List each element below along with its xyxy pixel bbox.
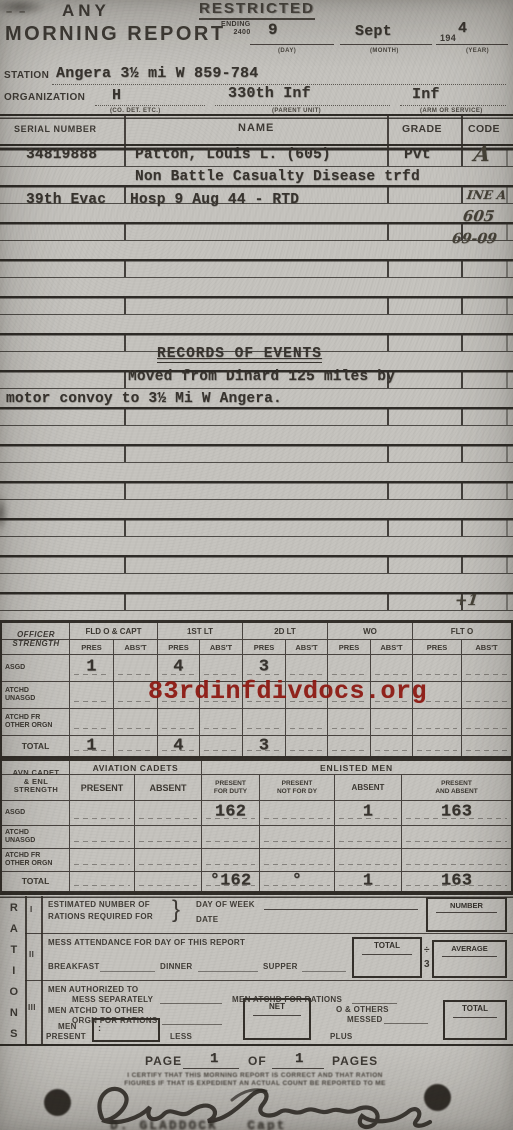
month-value: Sept <box>355 23 392 40</box>
rations-total-box: TOTAL <box>443 1000 507 1040</box>
plus-label: PLUS <box>330 1032 353 1041</box>
roster-serial-3: 39th Evac <box>26 192 106 208</box>
restricted-stamp: RESTRICTED <box>199 0 315 20</box>
records-of-events-title: RECORDS OF EVENTS <box>157 346 322 363</box>
row-label: TOTAL <box>2 872 70 893</box>
ruled-lines <box>0 148 513 622</box>
strength-value-cell <box>200 736 243 758</box>
year-value: 4 <box>458 20 467 37</box>
rule-line <box>0 1044 513 1046</box>
scan-smudge <box>0 494 8 532</box>
strength-value-cell <box>462 709 511 736</box>
strength-value-cell: °162 <box>202 872 260 893</box>
divide-by: 3 <box>424 959 430 970</box>
sub-header: PRESENT FOR DUTY <box>202 775 260 801</box>
rations-total-label: TOTAL <box>445 1004 505 1013</box>
strength-value: 1 <box>86 736 96 755</box>
col-header-grade: GRADE <box>402 123 442 135</box>
strength-value-cell: 162 <box>202 801 260 826</box>
strength-value-cell <box>135 801 202 826</box>
rule-line <box>198 971 258 972</box>
rule-line <box>400 105 506 106</box>
roster-serial-1: 34819888 <box>26 147 97 163</box>
rations-numeral-1: I <box>30 905 33 914</box>
strength-value-cell <box>335 826 402 849</box>
strength-value-cell <box>371 709 413 736</box>
strength-value-cell <box>70 849 135 872</box>
punch-hole-left <box>44 1089 71 1116</box>
sub-header: PRES <box>413 640 462 655</box>
colon-mark: : <box>98 1023 101 1033</box>
punch-hole-right <box>424 1084 451 1111</box>
men-label: MEN <box>58 1022 77 1031</box>
group-header: 2D LT <box>243 623 328 640</box>
organization-label: ORGANIZATION <box>4 92 85 103</box>
strength-value: °162 <box>210 872 252 891</box>
estimated-rations-label-2: RATIONS REQUIRED FOR <box>48 912 153 921</box>
rule-line <box>124 114 126 148</box>
strength-value-cell <box>70 826 135 849</box>
row-label: ASGD <box>2 655 70 682</box>
row-label: ATCHD UNASGD <box>2 682 70 709</box>
day-sub-label: (DAY) <box>278 48 296 54</box>
rule-line <box>461 114 463 148</box>
rule-line <box>95 105 205 106</box>
strength-value-cell: 1 <box>70 736 114 758</box>
divide-sign: ÷ <box>424 945 430 956</box>
present-label: PRESENT <box>46 1032 86 1041</box>
strength-value-cell <box>70 709 114 736</box>
scan-smudge <box>0 0 48 16</box>
rule-line <box>264 909 418 910</box>
strength-value: 3 <box>259 736 269 755</box>
strength-value-cell <box>462 655 511 682</box>
strength-value-cell <box>402 849 511 872</box>
rule-line <box>253 1015 301 1016</box>
strength-value-cell <box>70 801 135 826</box>
dinner-label: DINNER <box>160 962 192 971</box>
table-row: ATCHD FR OTHER ORGN <box>2 709 511 736</box>
strength-value-cell <box>114 736 158 758</box>
strength-value-cell: 1 <box>335 872 402 893</box>
handwritten-code-6909: 69-09 <box>451 231 498 247</box>
strength-value: 163 <box>441 872 472 891</box>
sub-header: PRES <box>243 640 286 655</box>
rule-line <box>124 148 126 622</box>
station-value: Angera 3½ mi W 859-784 <box>56 65 258 82</box>
roster-name-3: Hosp 9 Aug 44 - RTD <box>130 192 299 208</box>
rule-line <box>25 980 513 981</box>
rule-line <box>436 912 497 913</box>
sub-header: ABS'T <box>114 640 158 655</box>
officer-strength-stub: OFFICER STRENGTH <box>2 625 70 655</box>
sub-header: ABS'T <box>286 640 328 655</box>
strength-value: 1 <box>363 872 373 891</box>
breakfast-label: BREAKFAST <box>48 962 100 971</box>
strength-value-cell <box>243 709 286 736</box>
rations-numeral-2: II <box>29 950 34 959</box>
average-box: AVERAGE <box>432 940 507 978</box>
average-box-label: AVERAGE <box>434 944 505 953</box>
strength-value-cell: 1 <box>335 801 402 826</box>
roster-name-2: Non Battle Casualty Disease trfd <box>135 169 420 185</box>
strength-value: 162 <box>215 803 246 822</box>
day-of-week-label: DAY OF WEEK <box>196 900 255 909</box>
roster-code-1-handwritten: A <box>472 141 491 166</box>
strength-value: ° <box>292 872 302 891</box>
strength-value-cell <box>260 826 335 849</box>
men-atchd-other-label: MEN ATCHD TO OTHER <box>48 1006 144 1015</box>
strength-value-cell <box>286 709 328 736</box>
rule-line <box>387 114 389 148</box>
less-label: LESS <box>170 1032 192 1041</box>
date-label: DATE <box>196 915 218 924</box>
strength-value-cell <box>200 709 243 736</box>
records-line-2: motor convoy to 3½ Mi W Angera. <box>6 391 282 407</box>
year-sub-label: (YEAR) <box>466 48 489 54</box>
strength-value: 1 <box>86 657 96 676</box>
page-label: PAGE <box>145 1054 182 1068</box>
group-header-enlisted-men: ENLISTED MEN <box>202 761 511 775</box>
strength-value: 4 <box>173 736 183 755</box>
sub-header: PRES <box>70 640 114 655</box>
rule-line <box>453 1017 497 1018</box>
strength-value-cell <box>286 736 328 758</box>
sub-header: ABS'T <box>371 640 413 655</box>
handwritten-code-605: 605 <box>462 207 496 225</box>
strength-value-cell <box>135 872 202 893</box>
sub-header: PRESENT <box>70 775 135 801</box>
rule-line <box>362 954 412 955</box>
table-row: TOTAL°162°1163 <box>2 872 511 893</box>
estimated-rations-label-1: ESTIMATED NUMBER OF <box>48 900 150 909</box>
mess-attendance-label: MESS ATTENDANCE FOR DAY OF THIS REPORT <box>48 938 245 947</box>
month-sub-label: (MONTH) <box>370 48 399 54</box>
group-header: 1ST LT <box>158 623 243 640</box>
rations-numeral-3: III <box>28 1003 36 1012</box>
strength-value-cell <box>328 709 371 736</box>
sub-header: ABSENT <box>135 775 202 801</box>
mess-total-label: TOTAL <box>354 941 420 950</box>
strength-value-cell: ° <box>260 872 335 893</box>
roster-code-3-handwritten: INE A <box>466 188 507 202</box>
strength-value-cell <box>402 826 511 849</box>
table-row: TOTAL143 <box>2 736 511 758</box>
strength-value: 1 <box>363 803 373 822</box>
net-box: NET <box>243 998 311 1040</box>
messed-label: MESSED <box>347 1015 383 1024</box>
rule-line <box>272 1068 324 1069</box>
rule-line <box>0 114 513 119</box>
rule-line <box>183 1068 239 1069</box>
sub-header: PRESENT AND ABSENT <box>402 775 511 801</box>
rule-line <box>442 956 497 957</box>
rule-line <box>387 148 389 622</box>
rule-line <box>25 896 27 1046</box>
organization-parent: 330th Inf <box>228 85 311 102</box>
col-header-name: NAME <box>238 122 274 134</box>
rule-line <box>506 148 508 622</box>
rule-line <box>436 44 508 45</box>
group-header: WO <box>328 623 413 640</box>
strength-value-cell: 1 <box>70 655 114 682</box>
table-row: ATCHD UNASGD <box>2 826 511 849</box>
mess-separately-label: MESS SEPARATELY <box>72 995 153 1004</box>
strength-value-cell <box>114 709 158 736</box>
station-label: STATION <box>4 70 49 81</box>
strength-value-cell <box>462 736 511 758</box>
o-and-others-label: O & OTHERS <box>336 1005 389 1014</box>
ending-value: 2400 <box>221 29 251 37</box>
strength-value-cell <box>202 849 260 872</box>
rule-line <box>100 971 155 972</box>
strength-value-cell <box>328 736 371 758</box>
day-value: 9 <box>268 21 278 39</box>
row-label: ATCHD FR OTHER ORGN <box>2 849 70 872</box>
strength-value-cell <box>70 682 114 709</box>
strength-value-cell <box>260 801 335 826</box>
strength-value-cell: 3 <box>243 736 286 758</box>
rule-line <box>302 971 346 972</box>
of-label: OF <box>248 1054 267 1068</box>
sub-header: ABS'T <box>462 640 511 655</box>
row-label: TOTAL <box>2 736 70 758</box>
strength-value-cell <box>135 849 202 872</box>
men-present-box: : <box>92 1018 160 1042</box>
ending-label: ENDING <box>221 21 251 29</box>
handwritten-tally: +1 <box>454 591 479 609</box>
company-partial-title: ANY <box>62 1 110 21</box>
organization-unit: H <box>112 87 121 104</box>
pages-label: PAGES <box>332 1054 378 1068</box>
group-header-aviation-cadets: AVIATION CADETS <box>70 761 202 775</box>
sub-header: PRES <box>328 640 371 655</box>
number-box-label: NUMBER <box>428 901 505 910</box>
strength-value-cell <box>413 709 462 736</box>
records-line-1: Moved from Dinard 125 miles by <box>128 369 395 385</box>
sub-header: ABSENT <box>335 775 402 801</box>
net-box-label: NET <box>245 1002 309 1011</box>
cadet-enlisted-strength-table: AVIATION CADETS ENLISTED MEN PRESENT ABS… <box>0 758 513 893</box>
rule-line <box>162 1024 222 1025</box>
group-header: FLT O <box>413 623 511 640</box>
sub-header: PRESENT NOT FOR DY <box>260 775 335 801</box>
table-row: ATCHD FR OTHER ORGN <box>2 849 511 872</box>
strength-value-cell <box>462 682 511 709</box>
roster-grade-1: Pvt <box>404 147 431 163</box>
rule-line <box>160 1003 222 1004</box>
strength-value-cell <box>413 736 462 758</box>
sub-header: ABS'T <box>200 640 243 655</box>
rule-line <box>41 896 43 1046</box>
cadet-strength-stub: AVN CADET & ENL STRENGTH <box>2 764 70 800</box>
brace-glyph: } <box>172 896 180 924</box>
table-row: ASGD1621163 <box>2 801 511 826</box>
year-prefix: 194 <box>440 33 456 43</box>
page-number: 1 <box>210 1051 219 1067</box>
supper-label: SUPPER <box>263 962 298 971</box>
sub-header: PRES <box>158 640 200 655</box>
page-title: MORNING REPORT <box>5 23 226 46</box>
strength-value-cell <box>335 849 402 872</box>
cadet-strength-rows: ASGD1621163ATCHD UNASGDATCHD FR OTHER OR… <box>2 801 511 893</box>
strength-value-cell <box>260 849 335 872</box>
morning-report-document: – – ANY RESTRICTED MORNING REPORT ENDING… <box>0 0 513 1130</box>
strength-value-cell <box>70 872 135 893</box>
strength-value-cell <box>371 736 413 758</box>
rule-line <box>215 105 390 106</box>
rations-vertical-label: R A T I O N S <box>8 898 20 1045</box>
mess-total-box: TOTAL <box>352 937 422 978</box>
roster-name-1: Patton, Louis L. (605) <box>135 147 331 163</box>
strength-value-cell <box>202 826 260 849</box>
strength-value: 4 <box>173 657 183 676</box>
signature <box>82 1078 438 1130</box>
strength-value-cell <box>158 709 200 736</box>
strength-value: 163 <box>441 803 472 822</box>
strength-value-cell <box>135 826 202 849</box>
rule-line <box>25 933 513 934</box>
rule-line <box>250 44 334 45</box>
watermark-text: 83rdinfdivdocs.org <box>148 677 427 706</box>
organization-arm: Inf <box>412 86 440 103</box>
strength-value-cell: 163 <box>402 801 511 826</box>
group-header: FLD O & CAPT <box>70 623 158 640</box>
number-box: NUMBER <box>426 897 507 932</box>
row-label: ATCHD UNASGD <box>2 826 70 849</box>
strength-value-cell: 4 <box>158 736 200 758</box>
pages-number: 1 <box>295 1051 304 1067</box>
rule-line <box>340 44 432 45</box>
row-label: ASGD <box>2 801 70 826</box>
men-authorized-label: MEN AUTHORIZED TO <box>48 985 138 994</box>
rule-line <box>384 1023 428 1024</box>
col-header-serial: SERIAL NUMBER <box>14 124 97 134</box>
col-header-code: CODE <box>468 123 500 135</box>
strength-value-cell: 163 <box>402 872 511 893</box>
rule-line <box>352 1003 397 1004</box>
row-label: ATCHD FR OTHER ORGN <box>2 709 70 736</box>
strength-value: 3 <box>259 657 269 676</box>
officer-strength-rows: ASGD143ATCHD UNASGDATCHD FR OTHER ORGNTO… <box>2 655 511 758</box>
